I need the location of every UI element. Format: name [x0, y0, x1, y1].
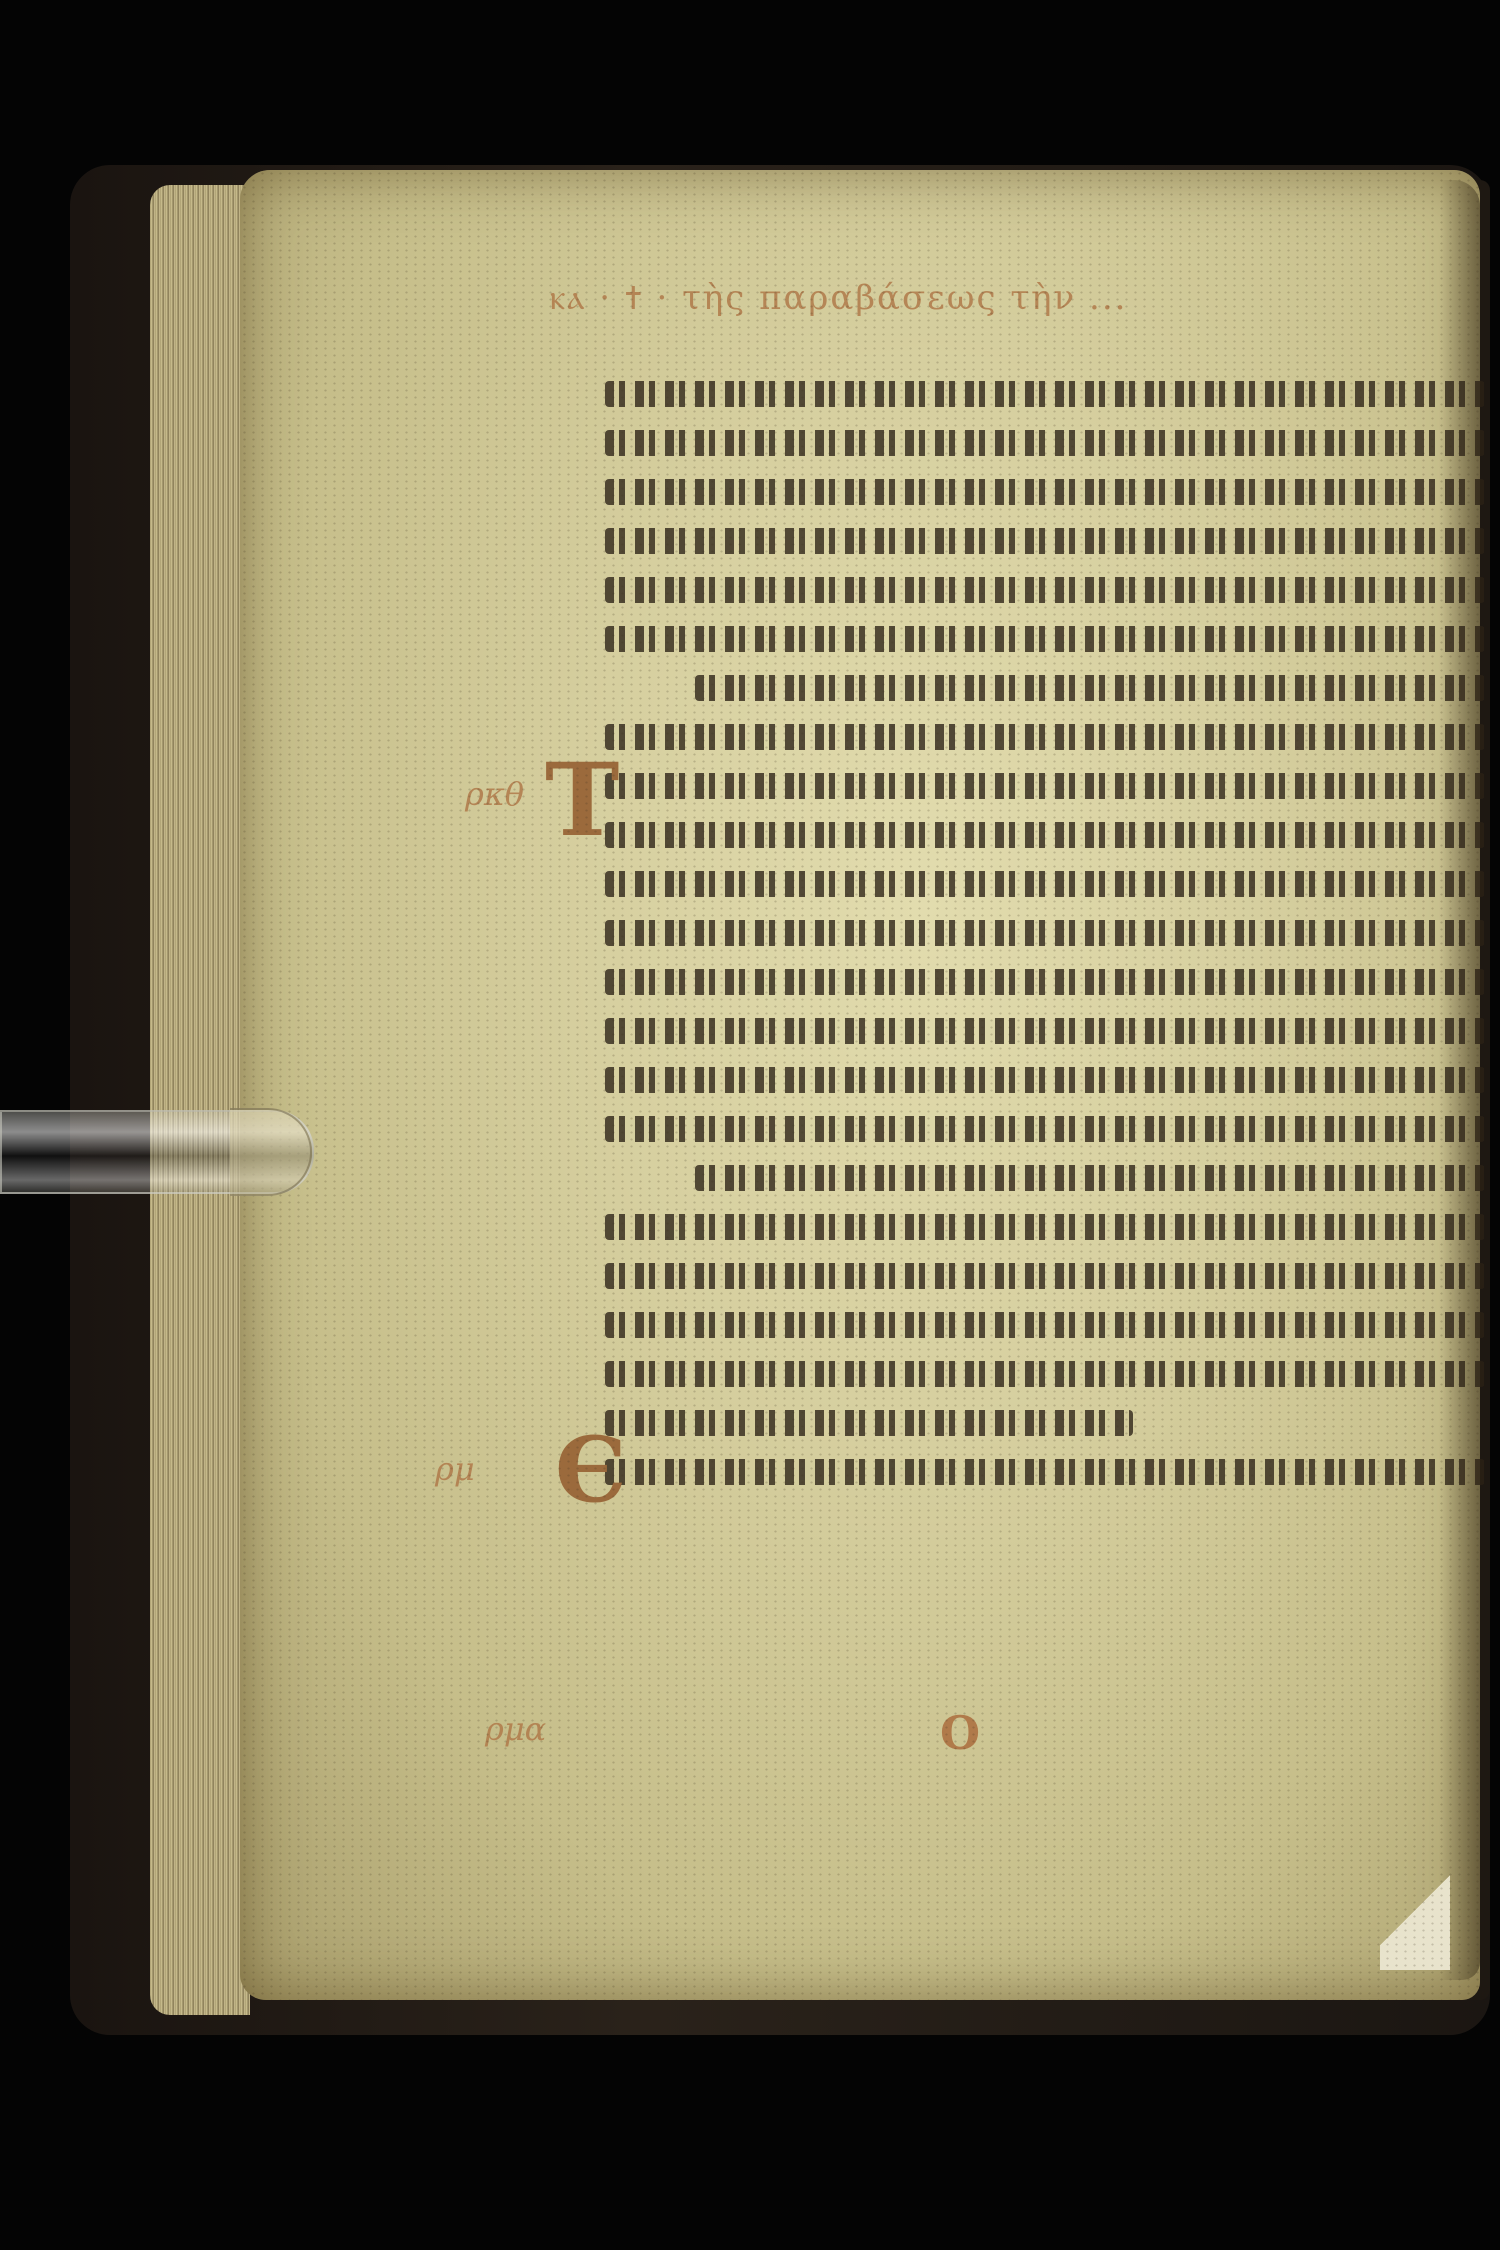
text-line [605, 1154, 1485, 1203]
script-ink [605, 773, 1485, 799]
manuscript-page: ⲕⲁ · ✝ · τὴς παραβάσεως τὴν ... Τ Є Ο ρκ… [240, 170, 1480, 2000]
script-ink [605, 920, 1485, 946]
text-line [605, 1350, 1485, 1399]
script-ink [605, 1459, 1485, 1485]
margin-note: ρκθ [465, 775, 524, 813]
text-line [605, 615, 1485, 664]
running-head: ⲕⲁ · ✝ · τὴς παραβάσεως τὴν ... [550, 278, 1127, 318]
text-line [605, 811, 1485, 860]
text-line [605, 958, 1485, 1007]
script-ink [605, 430, 1485, 456]
script-ink [605, 1410, 1133, 1436]
script-ink [605, 871, 1485, 897]
text-line [605, 566, 1485, 615]
initial-omicron: Ο [940, 1710, 980, 1756]
text-line [605, 762, 1485, 811]
folded-corner [1380, 1850, 1450, 1970]
text-line [605, 1252, 1485, 1301]
text-line [605, 1056, 1485, 1105]
script-ink [605, 822, 1485, 848]
script-ink [605, 1067, 1485, 1093]
photo-background: ⲕⲁ · ✝ · τὴς παραβάσεως τὴν ... Τ Є Ο ρκ… [0, 0, 1500, 2250]
script-ink [695, 675, 1485, 701]
text-line [605, 1399, 1485, 1448]
script-ink [605, 1312, 1485, 1338]
script-ink [605, 969, 1485, 995]
text-line [605, 1203, 1485, 1252]
text-line [605, 860, 1485, 909]
script-ink [605, 1116, 1485, 1142]
margin-note: ρμ [435, 1450, 475, 1488]
initial-tau: Τ [545, 750, 619, 850]
text-line [605, 1105, 1485, 1154]
text-line [605, 1448, 1485, 1497]
script-ink [605, 1263, 1485, 1289]
script-ink [605, 577, 1485, 603]
gutter-shadow [1440, 180, 1480, 1980]
script-ink [605, 528, 1485, 554]
text-line [605, 1007, 1485, 1056]
margin-note: ρμα [485, 1710, 546, 1748]
text-block [605, 370, 1485, 1497]
script-ink [605, 626, 1485, 652]
initial-epsilon: Є [555, 1425, 627, 1515]
text-line [605, 1301, 1485, 1350]
page-stack-edge [150, 185, 250, 2015]
script-ink [605, 381, 1485, 407]
script-ink [605, 1214, 1485, 1240]
script-ink [605, 479, 1485, 505]
text-line [605, 517, 1485, 566]
text-line [605, 713, 1485, 762]
script-ink [605, 724, 1485, 750]
text-line [605, 419, 1485, 468]
text-line [605, 468, 1485, 517]
text-line [605, 909, 1485, 958]
script-ink [695, 1165, 1485, 1191]
text-line [605, 370, 1485, 419]
script-ink [605, 1018, 1485, 1044]
text-line [605, 664, 1485, 713]
script-ink [605, 1361, 1485, 1387]
